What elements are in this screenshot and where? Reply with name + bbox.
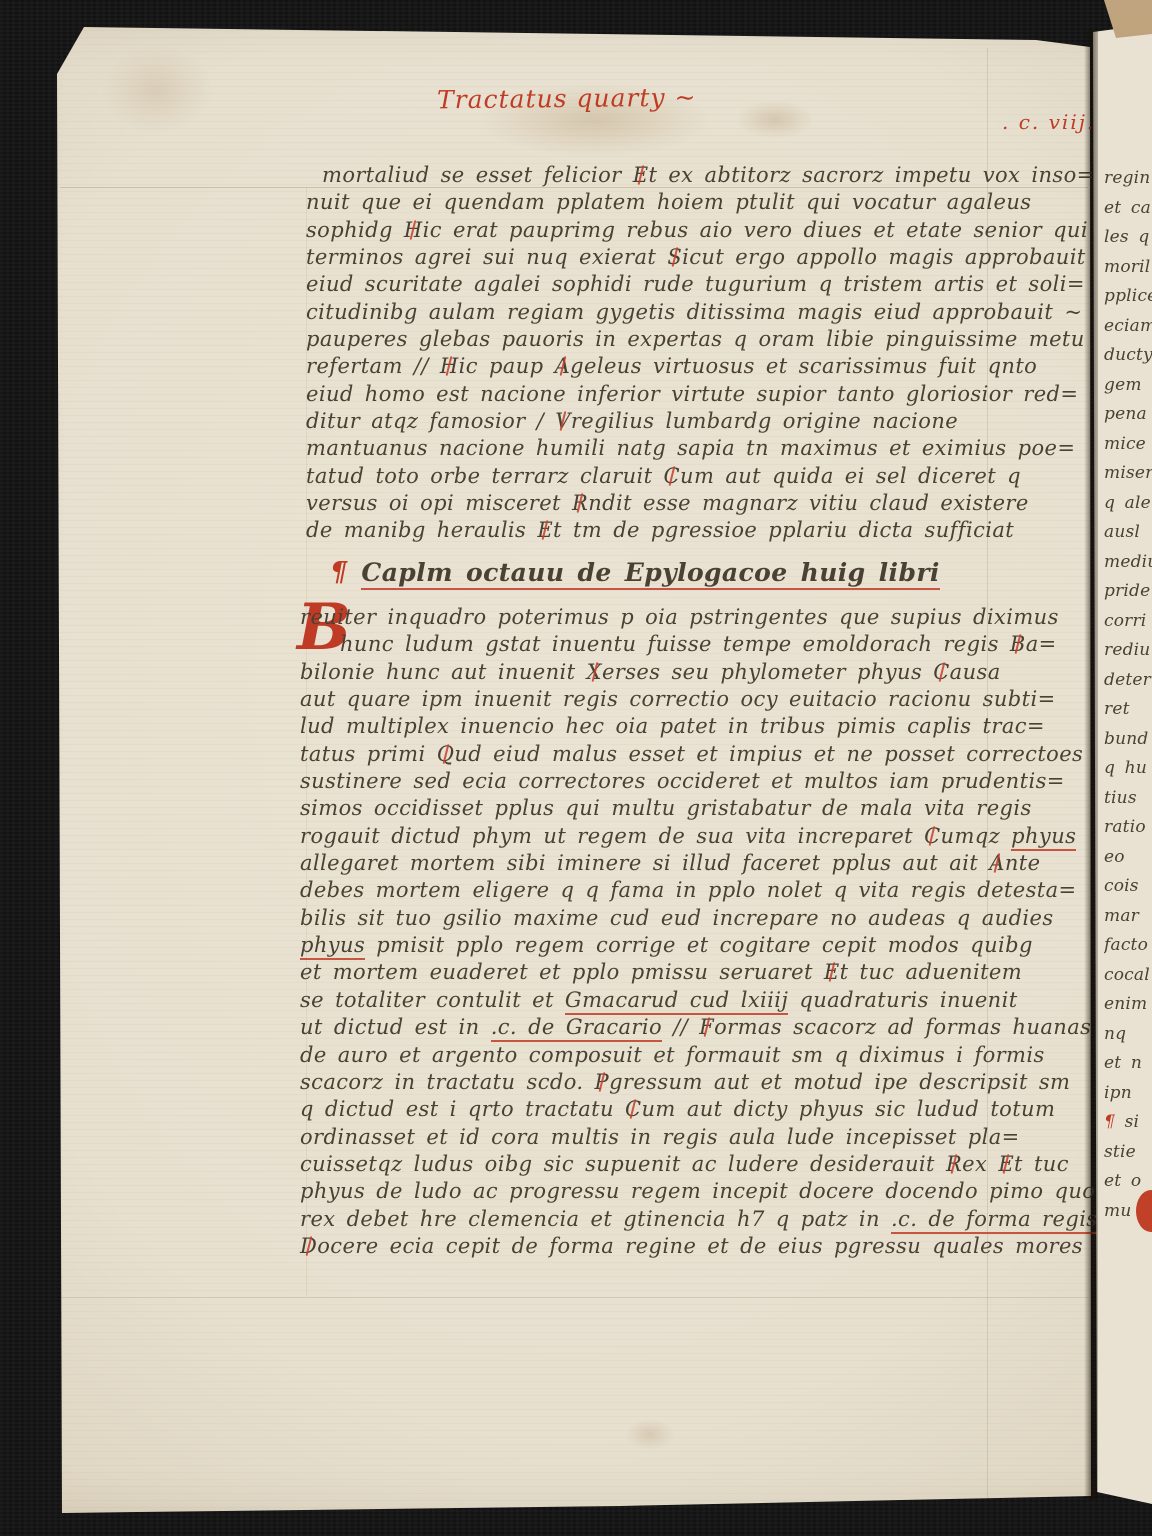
text-line: de auro et argento composuit et formauit… (300, 1042, 1038, 1069)
text-line: refertam // Hic paup Ageleus virtuosus e… (306, 353, 1038, 380)
text-line: cois (1104, 872, 1152, 902)
text-line: Docere ecia cepit de forma regine et de … (300, 1233, 1038, 1260)
text-line: ipn (1104, 1079, 1152, 1109)
text-line: se totaliter contulit et Gmacarud cud lx… (300, 987, 1038, 1014)
text-line: de manibg heraulis Et tm de pgressioe pp… (306, 517, 1038, 544)
text-line: bilonie hunc aut inuenit Xerses seu phyl… (300, 659, 1038, 686)
text-line: gem (1104, 371, 1152, 401)
text-line: nq (1104, 1020, 1152, 1050)
text-line: facto (1104, 931, 1152, 961)
text-line: versus oi opi misceret Rndit esse magnar… (306, 490, 1038, 517)
text-line: pplice (1104, 282, 1152, 312)
text-line: sustinere sed ecia correctores occideret… (300, 768, 1038, 795)
text-line: stie (1104, 1138, 1152, 1168)
text-line: citudinibg aulam regiam gygetis ditissim… (306, 299, 1038, 326)
text-line: rex debet hre clemencia et gtinencia h7 … (300, 1206, 1038, 1233)
text-line: moril (1104, 253, 1152, 283)
text-line: nuit que ei quendam pplatem hoiem ptulit… (306, 189, 1038, 216)
text-line: rediu (1104, 636, 1152, 666)
text-line: mortaliud se esset felicior Et ex abtito… (306, 162, 1038, 189)
text-line: ausl (1104, 518, 1152, 548)
stain-bottom-center (615, 1412, 685, 1457)
paragraph-1: mortaliud se esset felicior Et ex abtito… (306, 162, 1038, 545)
text-line: eiud homo est nacione inferior virtute s… (306, 381, 1038, 408)
text-line: ret (1104, 695, 1152, 725)
running-title: Tractatus quarty ~ (437, 83, 697, 115)
text-line: bund (1104, 725, 1152, 755)
text-line: ratio (1104, 813, 1152, 843)
text-line: deter (1104, 666, 1152, 696)
facing-page-text-fragments: reginet camles qmorilppliceeciamductygem… (1104, 164, 1152, 1274)
text-line: lud multiplex inuencio hec oia patet in … (300, 713, 1038, 740)
text-line: pride (1104, 577, 1152, 607)
text-line: ordinasset et id cora multis in regis au… (300, 1124, 1038, 1151)
ruling-line-bottom (60, 1297, 1088, 1298)
text-line: et mortem euaderet et pplo pmissu seruar… (300, 959, 1038, 986)
text-line: miser (1104, 459, 1152, 489)
text-line: eo (1104, 843, 1152, 873)
text-line: tius (1104, 784, 1152, 814)
text-line: mice e (1104, 430, 1152, 460)
text-line: sophidg Hic erat pauprimg rebus aio vero… (306, 217, 1038, 244)
text-line: ut dictud est in .c. de Gracario // Form… (300, 1014, 1038, 1041)
text-line: eciam (1104, 312, 1152, 342)
text-line: enim (1104, 990, 1152, 1020)
text-line: reuiter inquadro poterimus p oia pstring… (300, 604, 1038, 631)
text-line: corri (1104, 607, 1152, 637)
text-line: mediu (1104, 548, 1152, 578)
folio-number: . c. viij. (1002, 110, 1095, 134)
text-line: pauperes glebas pauoris in expertas q or… (306, 326, 1038, 353)
text-line: aut quare ipm inuenit regis correctio oc… (300, 686, 1038, 713)
text-line: et cam (1104, 194, 1152, 224)
text-line: pena (1104, 400, 1152, 430)
text-line: les q (1104, 223, 1152, 253)
text-line: ¶ Caplm octauu de Epylogacoe huig libri (330, 556, 940, 590)
text-line: cuissetqz ludus oibg sic supuenit ac lud… (300, 1151, 1038, 1178)
text-line: terminos agrei sui nuq exierat Sicut erg… (306, 244, 1038, 271)
text-line: hunc ludum gstat inuentu fuisse tempe em… (300, 631, 1038, 658)
text-line: phyus pmisit pplo regem corrige et cogit… (300, 932, 1038, 959)
text-line: ducty (1104, 341, 1152, 371)
text-line: q hu (1104, 754, 1152, 784)
text-line: regin (1104, 164, 1152, 194)
text-line: tatud toto orbe terrarz claruit Cum aut … (306, 463, 1038, 490)
stain-corner-top-left (82, 30, 232, 150)
manuscript-photo: Tractatus quarty ~ . c. viij. mortaliud … (0, 0, 1152, 1536)
text-line: debes mortem eligere q q fama in pplo no… (300, 877, 1038, 904)
text-line: ¶ si (1104, 1108, 1152, 1138)
text-line: scacorz in tractatu scdo. Pgressum aut e… (300, 1069, 1038, 1096)
text-line: mar (1104, 902, 1152, 932)
text-line: bilis sit tuo gsilio maxime cud eud incr… (300, 905, 1038, 932)
text-line: allegaret mortem sibi iminere si illud f… (300, 850, 1038, 877)
text-line: et n (1104, 1049, 1152, 1079)
text-line: q ale (1104, 489, 1152, 519)
text-line: eiud scuritate agalei sophidi rude tugur… (306, 271, 1038, 298)
chapter-heading: ¶ Caplm octauu de Epylogacoe huig libri (330, 556, 940, 590)
text-line: tatus primi Qud eiud malus esset et impi… (300, 741, 1038, 768)
text-line: rogauit dictud phym ut regem de sua vita… (300, 823, 1038, 850)
paragraph-2: reuiter inquadro poterimus p oia pstring… (300, 604, 1038, 1260)
text-line: phyus de ludo ac progressu regem incepit… (300, 1178, 1038, 1205)
text-line: q dictud est i qrto tractatu Cum aut dic… (300, 1096, 1038, 1123)
text-line: mantuanus nacione humili natg sapia tn m… (306, 435, 1038, 462)
text-line: cocal (1104, 961, 1152, 991)
stain-top-right (720, 92, 830, 147)
text-line: simos occidisset pplus qui multu gristab… (300, 795, 1038, 822)
text-line: ditur atqz famosior / Vregilius lumbardg… (306, 408, 1038, 435)
